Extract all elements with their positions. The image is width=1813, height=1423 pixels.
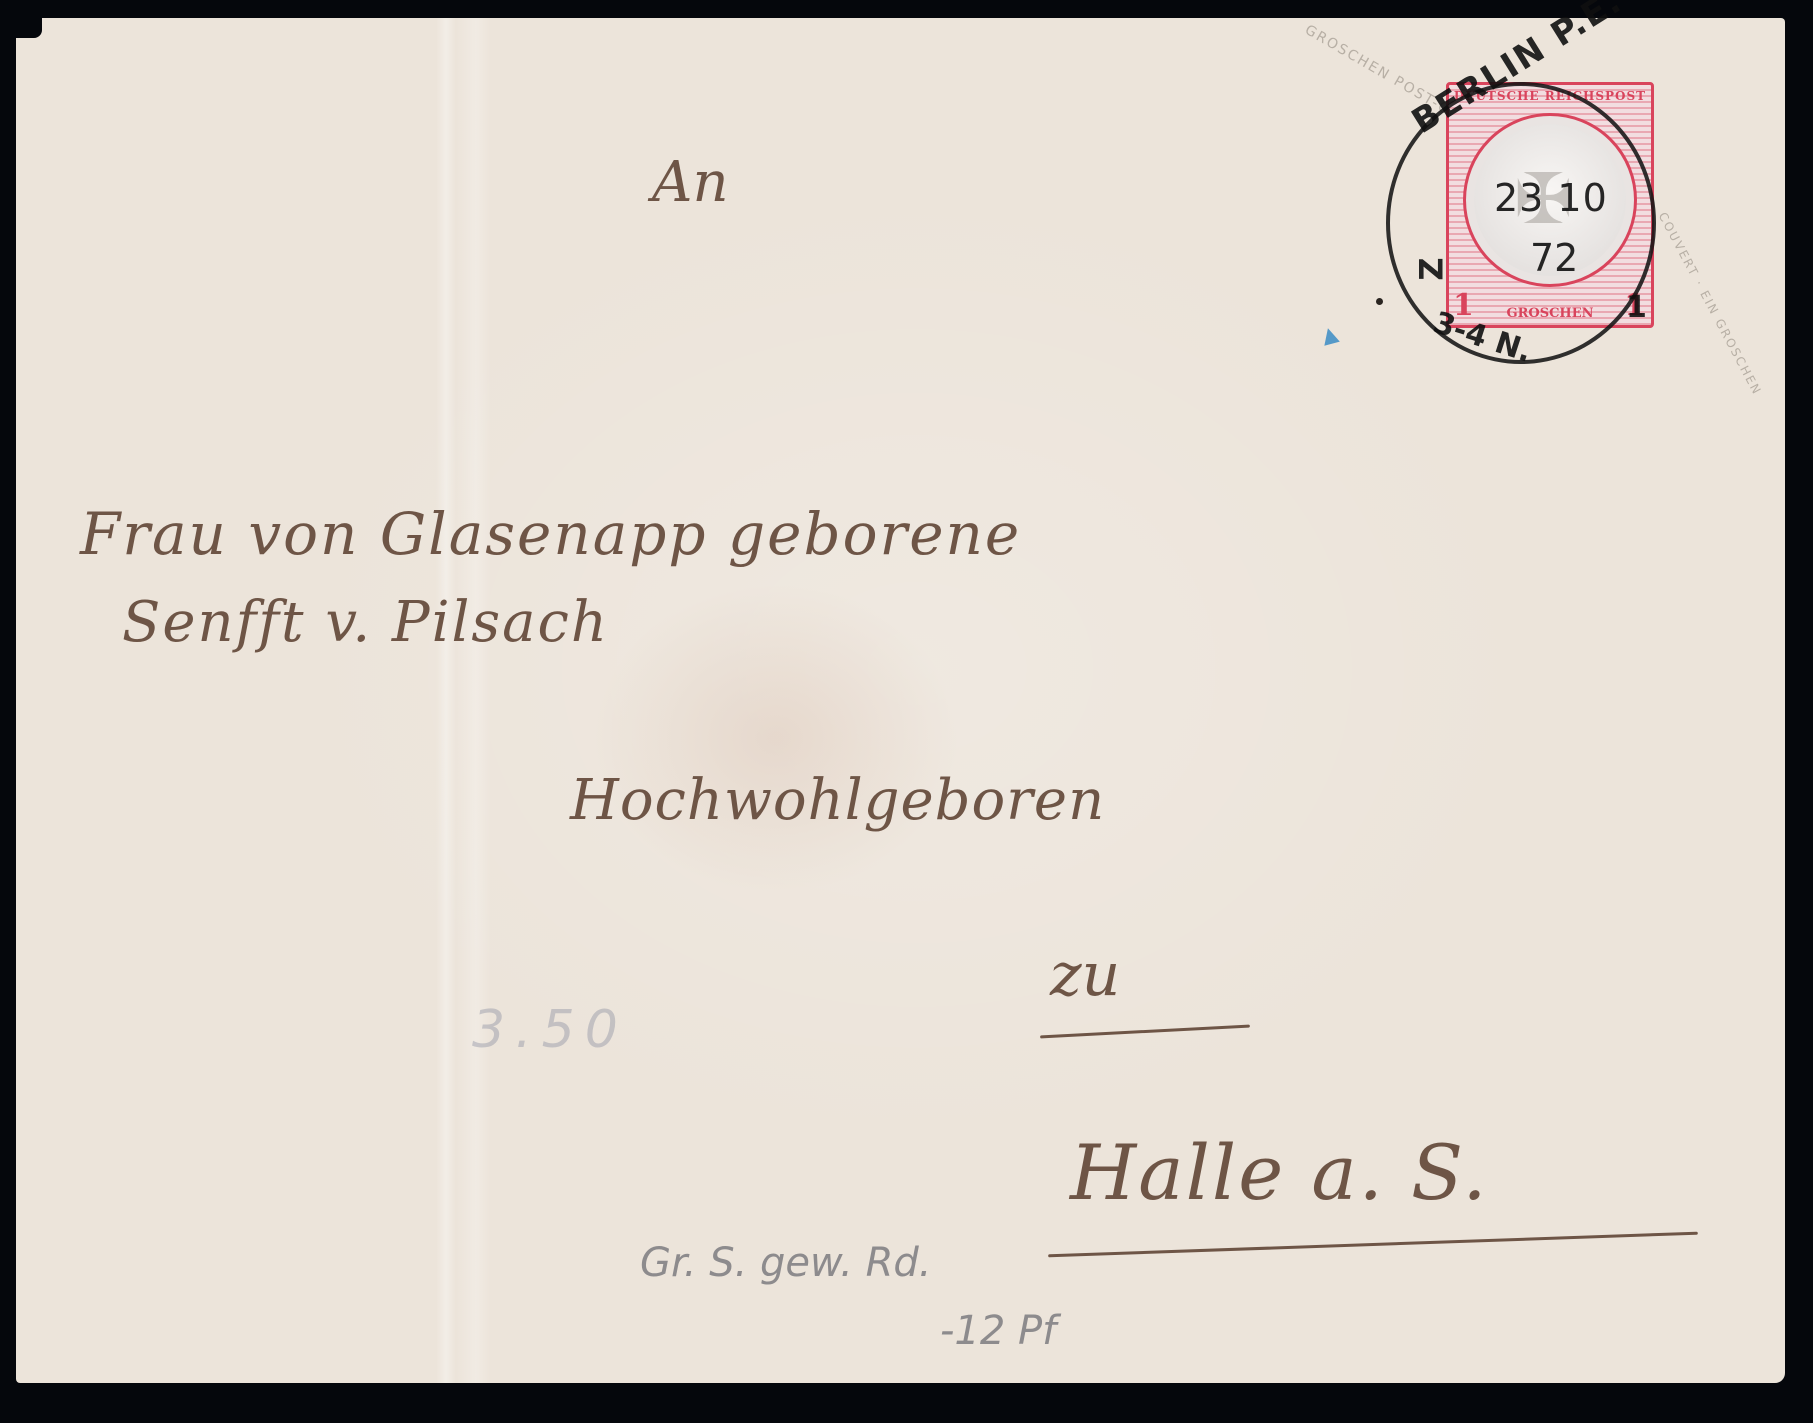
address-line-4: zu [1050, 940, 1120, 1010]
postmark-date: 23 10 [1494, 176, 1608, 220]
address-city: Halle a. S. [1070, 1128, 1488, 1217]
address-salutation: An [652, 150, 729, 215]
pencil-price-faint: 3.50 [472, 1000, 628, 1060]
ink-spot [1376, 298, 1383, 305]
postmark-suffix: 1 [1626, 290, 1647, 325]
address-line-1: Frau von Glasenapp geborene [80, 500, 1021, 568]
pencil-amount: -12 Pf [940, 1308, 1056, 1354]
postmark-year: 72 [1530, 236, 1578, 280]
pencil-note: Gr. S. gew. Rd. [640, 1240, 932, 1286]
address-line-2: Senfft v. Pilsach [122, 590, 609, 655]
postmark-prefix: Z [1413, 257, 1451, 280]
torn-corner [16, 18, 42, 38]
address-line-3: Hochwohlgeboren [570, 768, 1105, 833]
